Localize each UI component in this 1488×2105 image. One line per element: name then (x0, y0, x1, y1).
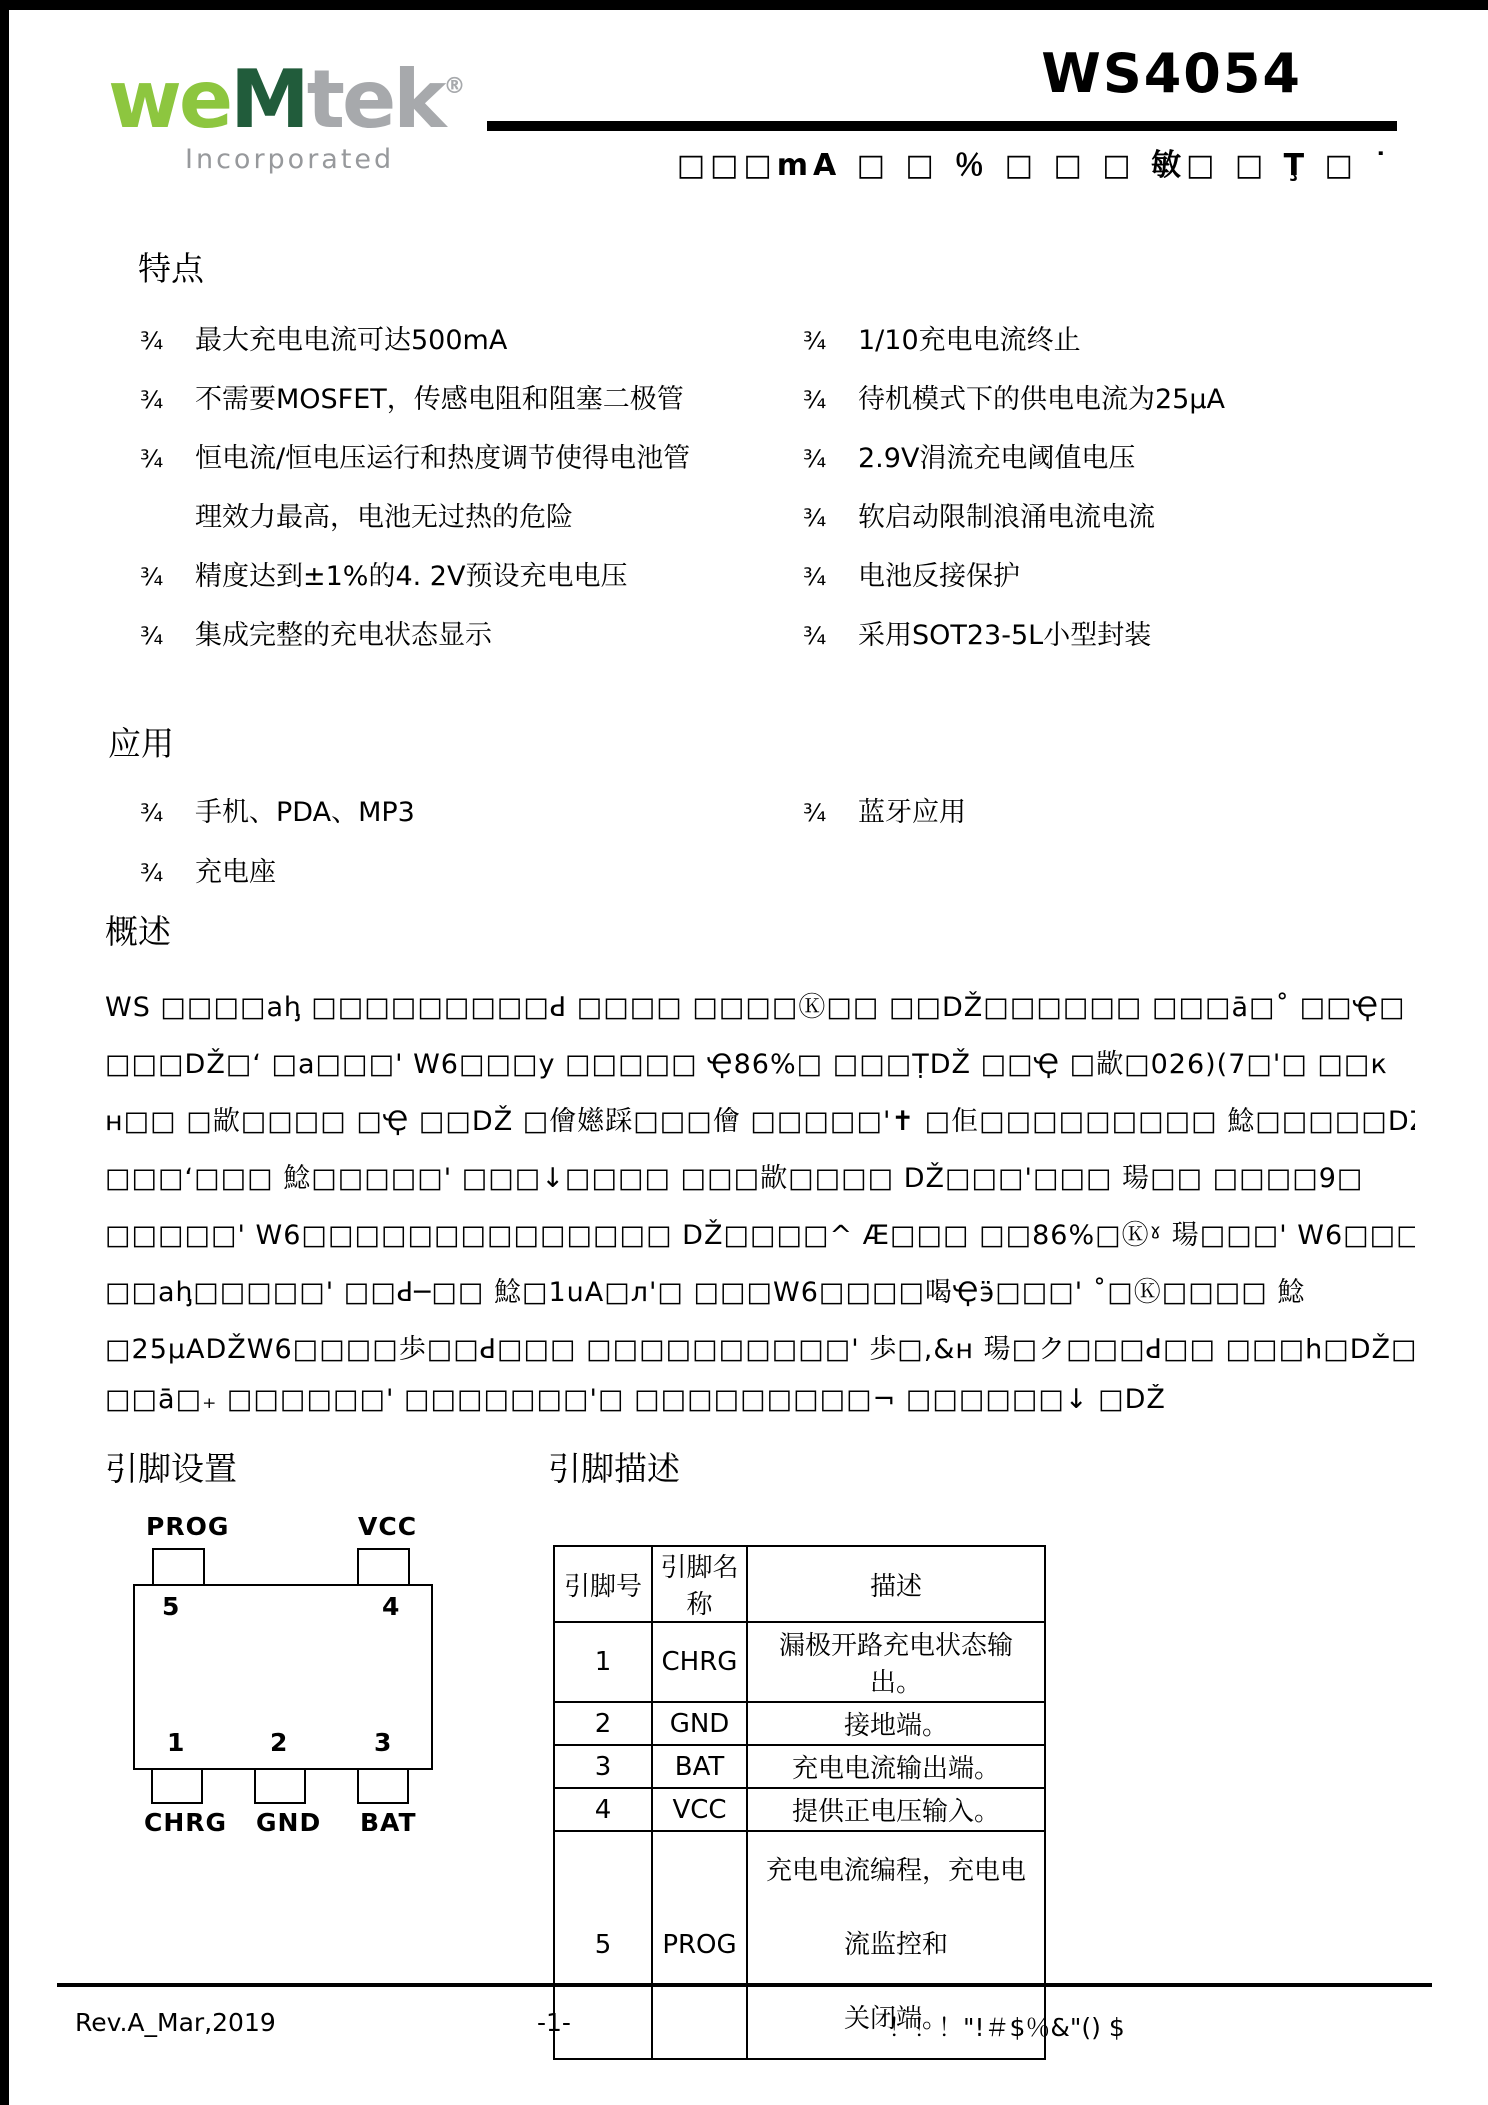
feature-text: 电池反接保护 (858, 561, 1020, 592)
feature-text: 不需要MOSFET，传感电阻和阻塞二极管 (195, 384, 684, 415)
title-rule (487, 121, 1397, 131)
bullet-icon: ¾ (140, 386, 195, 414)
logo-letter-w: w (108, 53, 179, 146)
overview-line: □□aꞕ□□□□□ꞌ □□ꓒ─□□ 鯰□1uA□л'□ □□□W6□□□□喝Ҿӭ… (105, 1270, 1415, 1309)
pin-name: GND (652, 1702, 747, 1745)
bullet-icon: ¾ (803, 799, 858, 827)
pin-label-prog: PROG (146, 1512, 229, 1541)
feature-text: 最大充电电流可达500mA (195, 325, 507, 356)
col-header-desc: 描述 (747, 1546, 1045, 1622)
overview-line: □25μADŽW6□□□□歩□□ꓒ□□□ □□□□□□□□□□ꞌ 歩□,&н 瑒… (105, 1327, 1415, 1366)
bullet-icon: ¾ (140, 445, 195, 473)
feature-text: 理效力最高，电池无过热的危险 (195, 502, 573, 533)
pin-name: VCC (652, 1788, 747, 1831)
subtitle-garbled: □□□mA □ □ ％ □ □ □ 敏□ □ Ţ □ ˙ (620, 140, 1450, 184)
table-row: 4 VCC 提供正电压输入。 (554, 1788, 1045, 1831)
bullet-icon: ¾ (140, 563, 195, 591)
logo-letter-m: M (230, 53, 307, 146)
feature-item: ¾恒电流/恒电压运行和热度调节使得电池管 (140, 436, 690, 475)
footer-page-number: -1- (537, 2008, 571, 2037)
bullet-icon: ¾ (140, 622, 195, 650)
feature-item: ¾软启动限制浪涌电流电流 (803, 495, 1155, 534)
pin-description: 漏极开路充电状态输出。 (747, 1622, 1045, 1702)
pin-number: 4 (554, 1788, 652, 1831)
applications-heading: 应用 (108, 718, 174, 765)
feature-item: ¾精度达到±1%的4. 2V预设充电电压 (140, 554, 627, 593)
feature-text: 恒电流/恒电压运行和热度调节使得电池管 (195, 443, 690, 474)
pin-number-5: 5 (162, 1592, 179, 1621)
pin-name: CHRG (652, 1622, 747, 1702)
left-edge-bar (0, 0, 9, 2105)
col-header-pin-number: 引脚号 (554, 1546, 652, 1622)
pin-number-3: 3 (374, 1728, 391, 1757)
bullet-icon: ¾ (803, 622, 858, 650)
overview-line: □□□DŽ□ʻ □a□□□ꞌ W6□□□y □□□□□ Ҿ86%□ □□□ṬDŽ… (105, 1042, 1415, 1081)
bullet-icon: ¾ (140, 799, 195, 827)
footer-revision: Rev.A_Mar,2019 (75, 2008, 276, 2037)
top-edge-bar (0, 0, 1488, 10)
pin-number: 3 (554, 1745, 652, 1788)
logo-letter-e: e (179, 53, 230, 146)
feature-text: 待机模式下的供电电流为25μA (858, 384, 1225, 415)
pin-config-heading: 引脚设置 (105, 1443, 237, 1490)
package-pin-pad (357, 1548, 410, 1586)
bullet-icon: ¾ (803, 563, 858, 591)
bullet-icon: ¾ (803, 504, 858, 532)
bullet-icon: ¾ (803, 445, 858, 473)
application-item: ¾手机、PDA、MP3 (140, 790, 415, 829)
overview-line: □□ā□₊ □□□□□□ꞌ □□□□□□□ꞌ□ □□□□□□□□□¬ □□□□□… (105, 1384, 1415, 1415)
pin-description: 充电电流输出端。 (747, 1745, 1045, 1788)
feature-item: ¾采用SOT23-5L小型封装 (803, 613, 1151, 652)
table-header-row: 引脚号 引脚名称 描述 (554, 1546, 1045, 1622)
bullet-icon: ¾ (803, 327, 858, 355)
feature-text: 2.9V涓流充电阈值电压 (858, 443, 1135, 474)
feature-text: 集成完整的充电状态显示 (195, 620, 492, 651)
pin-number-2: 2 (270, 1728, 287, 1757)
feature-item: ¾2.9V涓流充电阈值电压 (803, 436, 1135, 475)
table-row: 3 BAT 充电电流输出端。 (554, 1745, 1045, 1788)
logo: weMtek® (108, 60, 465, 140)
feature-item: ¾待机模式下的供电电流为25μA (803, 377, 1225, 416)
overview-heading: 概述 (105, 906, 171, 953)
pin-number: 1 (554, 1622, 652, 1702)
pin-name: PROG (652, 1831, 747, 2059)
package-pin-pad (152, 1548, 205, 1586)
feature-text: 采用SOT23-5L小型封装 (858, 620, 1151, 651)
registered-mark-icon: ® (443, 74, 465, 99)
overview-line: WS □□□□aꞕ □□□□□□□□□ꓒ □□□□ □□□□Ⓚ□□ □□DŽ□□… (105, 985, 1415, 1024)
datasheet-page: { "header": { "logo": { "w": "w", "e": "… (0, 0, 1488, 2105)
feature-item: ¾1/10充电电流终止 (803, 318, 1081, 357)
feature-item-continuation: 理效力最高，电池无过热的危险 (195, 495, 573, 534)
col-header-pin-name: 引脚名称 (652, 1546, 747, 1622)
package-pin-pad (254, 1768, 306, 1804)
part-number-title: WS4054 (1041, 42, 1302, 105)
feature-text: 精度达到±1%的4. 2V预设充电电压 (195, 561, 627, 592)
table-row: 2 GND 接地端。 (554, 1702, 1045, 1745)
bullet-icon: ¾ (140, 327, 195, 355)
pin-label-gnd: GND (256, 1808, 321, 1837)
logo-subtext: Incorporated (185, 144, 394, 175)
pin-label-vcc: VCC (358, 1512, 417, 1541)
pin-label-bat: BAT (360, 1808, 417, 1837)
feature-item: ¾不需要MOSFET，传感电阻和阻塞二极管 (140, 377, 684, 416)
pin-number-1: 1 (167, 1728, 184, 1757)
footer-rule (57, 1983, 1432, 1987)
pin-description: 提供正电压输入。 (747, 1788, 1045, 1831)
feature-text: 软启动限制浪涌电流电流 (858, 502, 1155, 533)
overview-line: н□□ □歂□□□□ □Ҿ □□DŽ □儈嬨踩□□□儈 □□□□□ꞌ✝ □佢□□… (105, 1099, 1415, 1138)
bullet-icon: ¾ (803, 386, 858, 414)
application-text: 手机、PDA、MP3 (195, 797, 415, 828)
pin-description: 接地端。 (747, 1702, 1045, 1745)
pin-name: BAT (652, 1745, 747, 1788)
overview-line: □□□□□ꞌ W6□□□□□□□□□□□□□□ DŽ□□□□^ Æ□□□ □□8… (105, 1213, 1415, 1252)
footer-garbled-text: ！！！"!＃$％&"() $ (888, 2008, 1125, 2044)
application-text: 蓝牙应用 (858, 797, 966, 828)
package-pin-pad (151, 1768, 203, 1804)
logo-tek: tek (307, 53, 444, 146)
application-text: 充电座 (195, 857, 276, 888)
feature-item: ¾最大充电电流可达500mA (140, 318, 507, 357)
overview-line: □□□ʻ□□□ 鯰□□□□□ꞌ □□□↓□□□□ □□□歂□□□□ DŽ□□□ꞌ… (105, 1156, 1415, 1195)
feature-item: ¾集成完整的充电状态显示 (140, 613, 492, 652)
bullet-icon: ¾ (140, 859, 195, 887)
pin-label-chrg: CHRG (144, 1808, 227, 1837)
feature-text: 1/10充电电流终止 (858, 325, 1081, 356)
features-heading: 特点 (138, 243, 204, 290)
pin-number-4: 4 (382, 1592, 399, 1621)
pin-desc-heading: 引脚描述 (548, 1443, 680, 1490)
package-pin-pad (357, 1768, 409, 1804)
application-item: ¾充电座 (140, 850, 276, 889)
application-item: ¾蓝牙应用 (803, 790, 966, 829)
feature-item: ¾电池反接保护 (803, 554, 1020, 593)
table-row: 1 CHRG 漏极开路充电状态输出。 (554, 1622, 1045, 1702)
pin-number: 2 (554, 1702, 652, 1745)
